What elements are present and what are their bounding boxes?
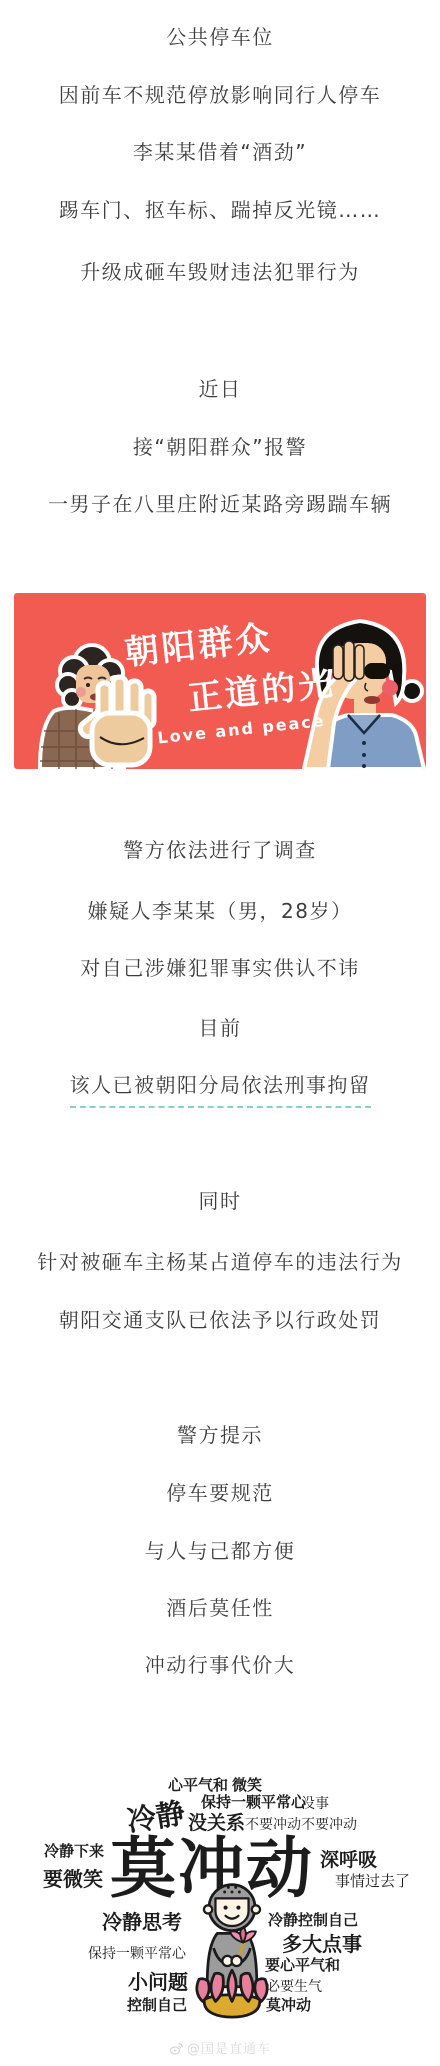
banner-title: 朝阳群众 正道的光 Love and peace — [108, 604, 344, 752]
meme-word: 冷静下来 — [44, 1844, 104, 1859]
meme-image[interactable]: 心平气和 微笑 保持一颗平常心 没事 冷静 没关系 不要冲动不要冲动 冷静下来 … — [0, 1770, 440, 2066]
meme-word: 冷静思考 — [102, 1912, 182, 1932]
article-line: 对自己涉嫌犯罪事实供认不讳 — [0, 954, 440, 982]
article-line-underlined: 该人已被朝阳分局依法刑事拘留 — [0, 1071, 440, 1099]
article-line: 踢车门、抠车标、踹掉反光镜…… — [0, 196, 440, 224]
watermark-text: @国是直通车 — [187, 2042, 271, 2057]
highlighted-text: 该人已被朝阳分局依法刑事拘留 — [70, 1073, 371, 1108]
meme-word: 心平气和 — [168, 1778, 228, 1793]
article-line: 与人与己都方便 — [0, 1537, 440, 1565]
meme-word: 要微笑 — [43, 1869, 103, 1889]
article-line: 嫌疑人李某某（男，28岁） — [0, 897, 440, 925]
article-line: 近日 — [0, 375, 440, 403]
monk-on-lotus-illustration — [186, 1878, 278, 2020]
article-line: 酒后莫任性 — [0, 1594, 440, 1622]
meme-word: 多大点事 — [282, 1934, 362, 1954]
article-line: 一男子在八里庄附近某路旁踢踹车辆 — [0, 490, 440, 518]
article-line: 针对被砸车主杨某占道停车的违法行为 — [0, 1248, 440, 1276]
article-line: 升级成砸车毁财违法犯罪行为 — [0, 258, 440, 286]
meme-word: 事情过去了 — [335, 1874, 410, 1889]
meme-word: 深呼吸 — [320, 1851, 377, 1870]
article-line: 警方依法进行了调查 — [0, 836, 440, 864]
meme-word: 保持一颗平常心 — [88, 1947, 186, 1961]
article-line: 停车要规范 — [0, 1479, 440, 1507]
meme-word: 微笑 — [232, 1778, 262, 1793]
article-line: 因前车不规范停放影响同行人停车 — [0, 81, 440, 109]
watermark: @国是直通车 — [0, 2038, 440, 2057]
article-line: 公共停车位 — [0, 23, 440, 51]
article-line: 接“朝阳群众”报警 — [0, 433, 440, 461]
meme-word: 控制自己 — [127, 1998, 187, 2013]
article-line: 警方提示 — [0, 1421, 440, 1449]
article-line: 李某某借着“酒劲” — [0, 138, 440, 166]
article-line: 朝阳交通支队已依法予以行政处罚 — [0, 1306, 440, 1334]
meme-word: 没事 — [301, 1797, 329, 1811]
article-line: 同时 — [0, 1187, 440, 1215]
article-line: 冲动行事代价大 — [0, 1651, 440, 1679]
meme-word: 小问题 — [128, 1972, 188, 1992]
article-line: 目前 — [0, 1014, 440, 1042]
banner-image[interactable]: 朝阳群众 正道的光 Love and peace — [14, 593, 426, 769]
meme-word: 保持一颗平常心 — [201, 1795, 306, 1810]
weibo-logo-icon — [169, 2042, 184, 2055]
meme-word: 冷静控制自己 — [268, 1913, 358, 1928]
